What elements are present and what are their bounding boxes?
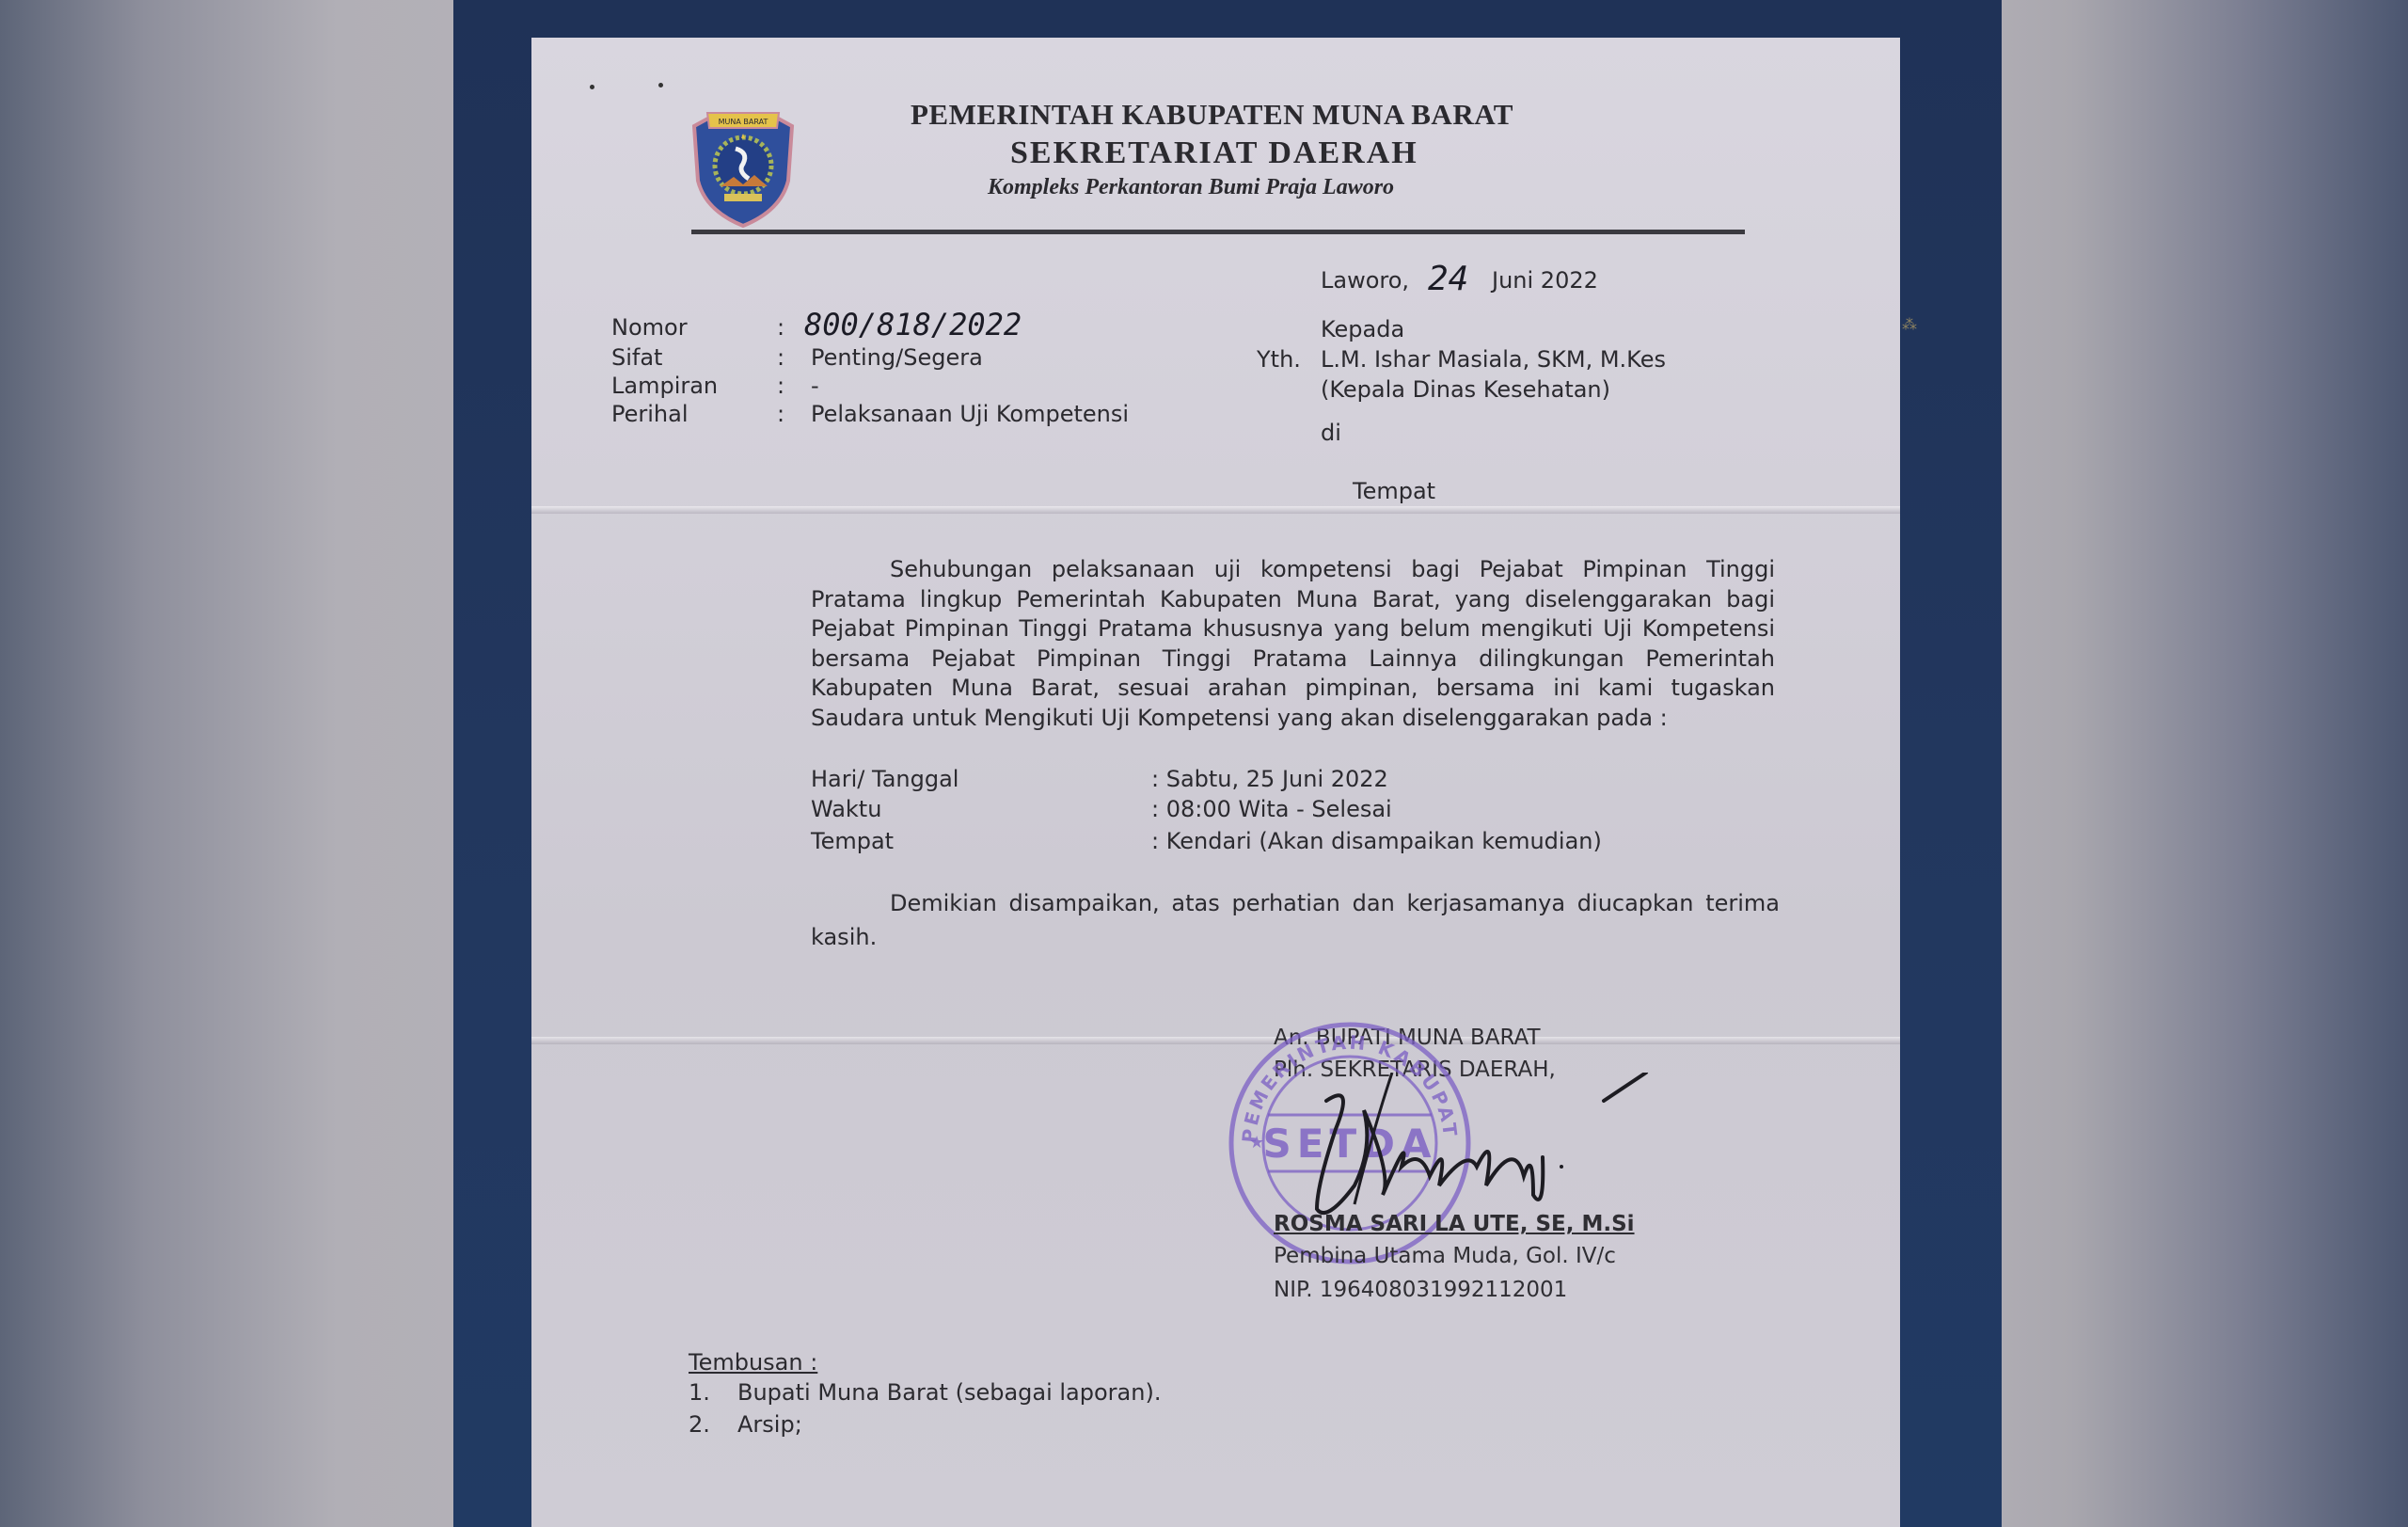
- meta-label-nomor: Nomor: [611, 314, 688, 341]
- paper-fold-line: [531, 506, 1900, 514]
- meta-colon: :: [777, 344, 784, 371]
- meta-colon: :: [777, 401, 784, 427]
- schedule-label-place: Tempat: [811, 828, 894, 854]
- meta-colon: :: [777, 314, 784, 341]
- cc-item: Arsip;: [737, 1411, 802, 1438]
- schedule-value-date: : Sabtu, 25 Juni 2022: [1151, 766, 1388, 792]
- paper-fold-line: [531, 1037, 1900, 1044]
- meta-colon: :: [777, 373, 784, 399]
- meta-label-perihal: Perihal: [611, 401, 689, 427]
- meta-label-sifat: Sifat: [611, 344, 662, 371]
- signatory-nip: NIP. 196408031992112001: [1274, 1278, 1567, 1302]
- cc-item: Bupati Muna Barat (sebagai laporan).: [737, 1379, 1161, 1406]
- cc-title: Tembusan :: [689, 1349, 817, 1376]
- signatory-rank: Pembina Utama Muda, Gol. IV/c: [1274, 1244, 1616, 1268]
- recipient-yth: Yth.: [1257, 346, 1301, 373]
- recipient-title: (Kepala Dinas Kesehatan): [1321, 376, 1610, 403]
- schedule-label-time: Waktu: [811, 796, 881, 822]
- letterhead-government: PEMERINTAH KABUPATEN MUNA BARAT: [911, 98, 1513, 132]
- regency-coat-of-arms-icon: MUNA BARAT: [687, 105, 800, 230]
- body-paragraph: Sehubungan pelaksanaan uji kompetensi ba…: [811, 555, 1775, 733]
- date-place: Laworo,: [1321, 267, 1409, 294]
- date-month-year: Juni 2022: [1492, 267, 1598, 294]
- recipient-tempat: Tempat: [1353, 478, 1435, 504]
- handwritten-signature-icon: [1298, 1073, 1655, 1233]
- meta-value-sifat: Penting/Segera: [811, 344, 983, 371]
- schedule-value-time: : 08:00 Wita - Selesai: [1151, 796, 1392, 822]
- closing-paragraph: Demikian disampaikan, atas perhatian dan…: [811, 886, 1780, 954]
- recipient-di: di: [1321, 420, 1341, 446]
- paper-speck: [658, 83, 663, 87]
- date-day-handwritten: 24: [1428, 260, 1468, 298]
- cc-item-number: 1.: [689, 1379, 710, 1406]
- recipient-kepada: Kepada: [1321, 316, 1404, 342]
- paper-speck: [590, 85, 594, 89]
- signatory-name: ROSMA SARI LA UTE, SE, M.Si: [1274, 1212, 1635, 1236]
- recipient-name: L.M. Ishar Masiala, SKM, M.Kes: [1321, 346, 1666, 373]
- letterhead-secretariat: SEKRETARIAT DAERAH: [1010, 135, 1418, 171]
- emblem-banner-text: MUNA BARAT: [719, 118, 768, 126]
- svg-text:★: ★: [1249, 1133, 1264, 1152]
- letterhead-address: Kompleks Perkantoran Bumi Praja Laworo: [988, 175, 1394, 200]
- cc-item-number: 2.: [689, 1411, 710, 1438]
- meta-value-nomor: 800/818/2022: [804, 307, 1022, 342]
- letterhead-divider: [691, 230, 1745, 234]
- schedule-label-date: Hari/ Tanggal: [811, 766, 958, 792]
- board-speck: ⁂: [1902, 315, 1917, 334]
- meta-label-lampiran: Lampiran: [611, 373, 718, 399]
- meta-value-lampiran: -: [811, 373, 819, 399]
- schedule-value-place: : Kendari (Akan disampaikan kemudian): [1151, 828, 1602, 854]
- meta-value-perihal: Pelaksanaan Uji Kompetensi: [811, 401, 1129, 427]
